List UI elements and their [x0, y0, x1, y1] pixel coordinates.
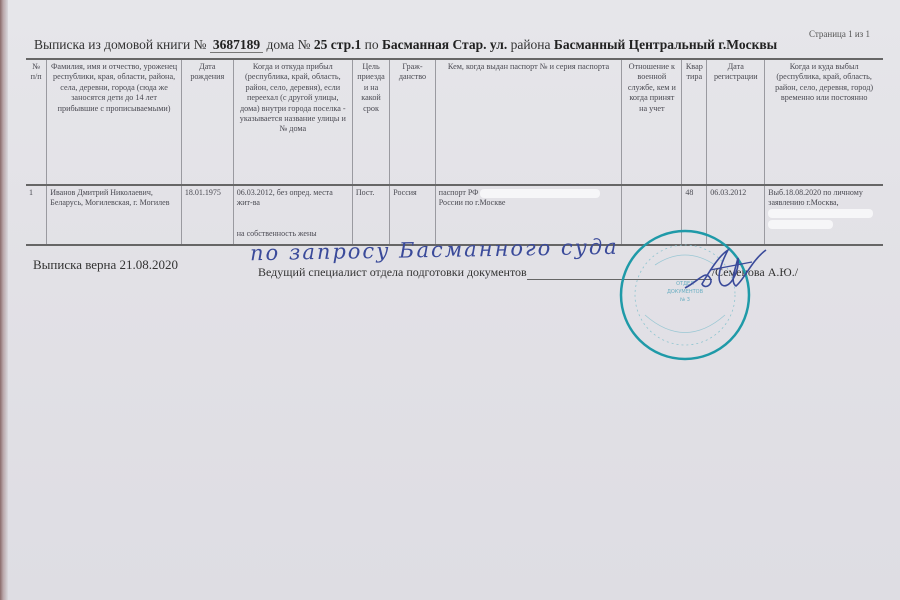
arrived-line: жит-ва — [237, 198, 349, 208]
document-title: Выписка из домовой книги № 3687189 дома … — [34, 37, 777, 53]
street-label: по — [365, 37, 379, 52]
header-apartment: Квар тира — [682, 59, 707, 185]
district-label: района — [511, 37, 551, 52]
page-indicator: Страница 1 из 1 — [809, 29, 870, 39]
resident-name: Иванов Дмитрий Николаевич, — [50, 188, 178, 198]
cell-citizenship: Россия — [390, 185, 436, 245]
signature-icon — [680, 240, 770, 300]
redaction — [768, 220, 833, 229]
passport-label: паспорт РФ — [439, 188, 479, 197]
cell-arrived: 06.03.2012, без опред. места жит-ва на с… — [233, 185, 352, 245]
redaction — [768, 209, 873, 218]
departed-line: Выб.18.08.2020 по личному — [768, 188, 880, 198]
header-num: № п/п — [26, 59, 47, 185]
arrived-basis: на собственность жены — [237, 229, 349, 239]
district: Басманный Центральный г.Москвы — [554, 37, 777, 52]
arrived-line: 06.03.2012, без опред. места — [237, 188, 349, 198]
header-name: Фамилия, имя и отчество, уроженец респуб… — [47, 59, 182, 185]
title-prefix: Выписка из домовой книги № — [34, 37, 206, 52]
header-departed: Когда и куда выбыл (республика, край, об… — [765, 59, 883, 185]
header-registration-date: Дата регистрации — [707, 59, 765, 185]
passport-issuer: России по г.Москве — [439, 198, 619, 208]
house-book-table: № п/п Фамилия, имя и отчество, уроженец … — [26, 58, 883, 246]
passport-type: паспорт РФ — [439, 188, 619, 198]
house-number: 25 стр.1 — [314, 37, 361, 52]
redaction — [480, 189, 600, 198]
verification-date: Выписка верна 21.08.2020 — [33, 257, 178, 273]
header-arrived: Когда и откуда прибыл (республика, край,… — [233, 59, 352, 185]
cell-birth-date: 18.01.1975 — [181, 185, 233, 245]
header-birth-date: Дата рождения — [181, 59, 233, 185]
resident-origin: Беларусь, Могилевская, г. Могилев — [50, 198, 178, 208]
header-military: Отношение к военной службе, кем и когда … — [622, 59, 682, 185]
signer-title: Ведущий специалист отдела подготовки док… — [258, 265, 527, 279]
departed-line: заявлению г.Москва, — [768, 198, 880, 208]
house-label: дома № — [266, 37, 310, 52]
cell-departed: Выб.18.08.2020 по личному заявлению г.Мо… — [765, 185, 883, 245]
book-number: 3687189 — [210, 37, 263, 53]
header-purpose: Цель приезда и на какой срок — [352, 59, 389, 185]
cell-purpose: Пост. — [352, 185, 389, 245]
header-citizenship: Граж-данство — [390, 59, 436, 185]
cell-name: Иванов Дмитрий Николаевич, Беларусь, Мог… — [47, 185, 182, 245]
header-passport: Кем, когда выдан паспорт № и серия паспо… — [435, 59, 622, 185]
table-header-row: № п/п Фамилия, имя и отчество, уроженец … — [26, 59, 883, 185]
paper-edge — [0, 0, 8, 600]
street: Басманная Стар. ул. — [382, 37, 507, 52]
cell-num: 1 — [26, 185, 47, 245]
